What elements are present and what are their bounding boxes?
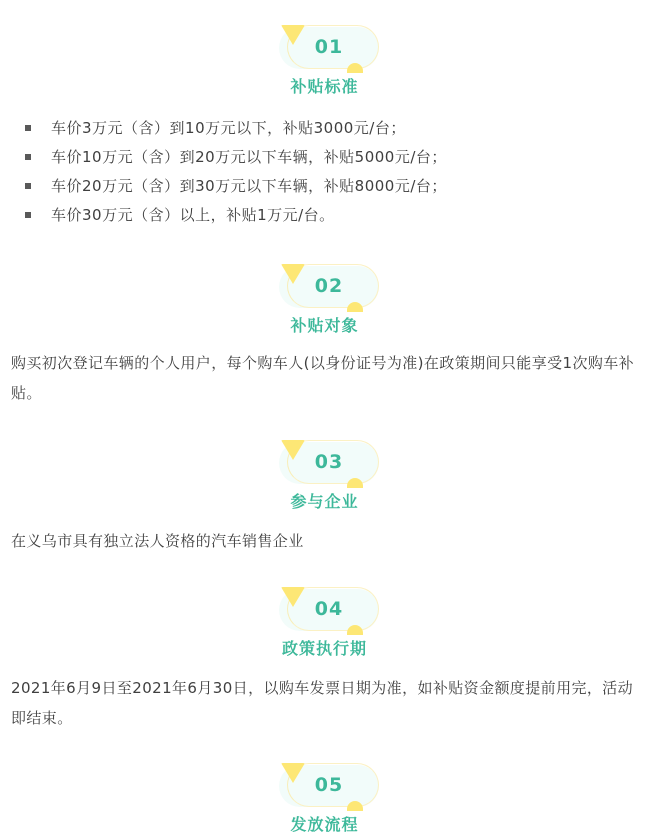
section-title: 参与企业 [0, 489, 649, 512]
badge-dot-decoration-icon [347, 63, 363, 73]
list-item-text: 车价10万元（含）到20万元以下车辆，补贴5000元/台； [51, 148, 447, 166]
bullet-square-icon [25, 154, 31, 160]
section-number: 05 [277, 774, 381, 796]
badge-dot-decoration-icon [347, 302, 363, 312]
section-badge-03: 03 [277, 440, 381, 486]
badge-dot-decoration-icon [347, 801, 363, 811]
bullet-square-icon [25, 125, 31, 131]
list-item-text: 车价20万元（含）到30万元以下车辆，补贴8000元/台； [51, 177, 447, 195]
bullet-square-icon [25, 212, 31, 218]
list-item: 车价10万元（含）到20万元以下车辆，补贴5000元/台； [0, 143, 447, 172]
section-number: 01 [277, 36, 381, 58]
list-item: 车价30万元（含）以上，补贴1万元/台。 [0, 201, 447, 230]
badge-dot-decoration-icon [347, 625, 363, 635]
section-body-text: 在义乌市具有独立法人资格的汽车销售企业 [11, 526, 643, 556]
section-badge-02: 02 [277, 264, 381, 310]
list-item: 车价3万元（含）到10万元以下，补贴3000元/台； [0, 114, 447, 143]
section-title: 补贴标准 [0, 74, 649, 97]
list-item-text: 车价3万元（含）到10万元以下，补贴3000元/台； [51, 119, 406, 137]
section-number: 03 [277, 451, 381, 473]
section-badge-01: 01 [277, 25, 381, 71]
section-badge-05: 05 [277, 763, 381, 809]
subsidy-standard-list: 车价3万元（含）到10万元以下，补贴3000元/台； 车价10万元（含）到20万… [0, 114, 447, 230]
list-item: 车价20万元（含）到30万元以下车辆，补贴8000元/台； [0, 172, 447, 201]
section-body-text: 购买初次登记车辆的个人用户，每个购车人(以身份证号为准)在政策期间只能享受1次购… [11, 348, 643, 408]
section-body-text: 2021年6月9日至2021年6月30日，以购车发票日期为准，如补贴资金额度提前… [11, 673, 643, 733]
section-title: 发放流程 [0, 812, 649, 835]
section-title: 补贴对象 [0, 313, 649, 336]
badge-dot-decoration-icon [347, 478, 363, 488]
list-item-text: 车价30万元（含）以上，补贴1万元/台。 [51, 206, 335, 224]
section-number: 04 [277, 598, 381, 620]
bullet-square-icon [25, 183, 31, 189]
section-title: 政策执行期 [0, 636, 649, 659]
section-badge-04: 04 [277, 587, 381, 633]
section-number: 02 [277, 275, 381, 297]
